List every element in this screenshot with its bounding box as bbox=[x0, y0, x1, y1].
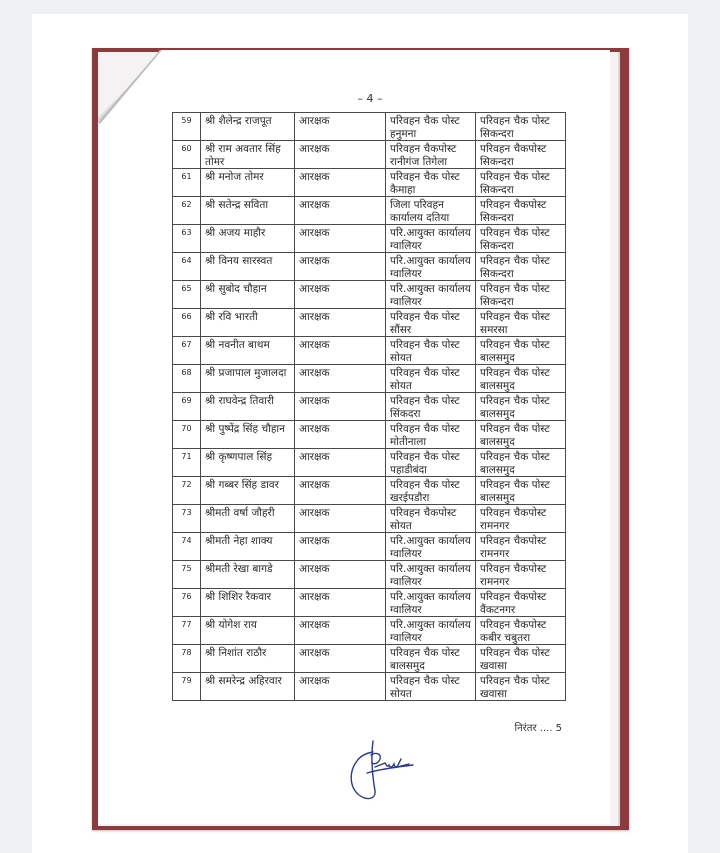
posted-to-cell: परिवहन चैकपोस्ट सिकन्दरा bbox=[476, 141, 566, 169]
posted-from-cell: परिवहन चैकपोस्ट रानीगंज तिगेला bbox=[386, 141, 476, 169]
serial-number-cell: 68 bbox=[173, 365, 201, 393]
posted-to-cell: परिवहन चैक पोस्ट खवासा bbox=[476, 673, 566, 701]
posted-from-cell: परिवहन चैक पोस्ट बालसमुद bbox=[386, 645, 476, 673]
posted-from-cell: परिवहन चैक पोस्ट मोतीनाला bbox=[386, 421, 476, 449]
page-number: – 4 – bbox=[340, 92, 400, 105]
posted-from-cell: परिवहन चैक पोस्ट कैमाहा bbox=[386, 169, 476, 197]
posted-from-cell: परिवहन चैकपोस्ट सोयत bbox=[386, 505, 476, 533]
rank-cell: आरक्षक bbox=[295, 253, 386, 281]
posted-to-cell: परिवहन चैकपोस्ट रामनगर bbox=[476, 561, 566, 589]
employee-name-cell: श्री निशांत राठौर bbox=[201, 645, 295, 673]
posted-to-cell: परिवहन चैक पोस्ट सिकन्दरा bbox=[476, 225, 566, 253]
serial-number-cell: 67 bbox=[173, 337, 201, 365]
serial-number-cell: 71 bbox=[173, 449, 201, 477]
table-row: 74श्रीमती नेहा शाक्यआरक्षकपरि.आयुक्त कार… bbox=[173, 533, 566, 561]
rank-cell: आरक्षक bbox=[295, 141, 386, 169]
serial-number-cell: 75 bbox=[173, 561, 201, 589]
rank-cell: आरक्षक bbox=[295, 673, 386, 701]
rank-cell: आरक्षक bbox=[295, 225, 386, 253]
posted-from-cell: परि.आयुक्त कार्यालय ग्वालियर bbox=[386, 533, 476, 561]
rank-cell: आरक्षक bbox=[295, 449, 386, 477]
serial-number-cell: 79 bbox=[173, 673, 201, 701]
table-row: 61श्री मनोज तोमरआरक्षकपरिवहन चैक पोस्ट क… bbox=[173, 169, 566, 197]
signature bbox=[345, 735, 425, 803]
table-row: 67श्री नवनीत बाथमआरक्षकपरिवहन चैक पोस्ट … bbox=[173, 337, 566, 365]
serial-number-cell: 76 bbox=[173, 589, 201, 617]
rank-cell: आरक्षक bbox=[295, 645, 386, 673]
serial-number-cell: 77 bbox=[173, 617, 201, 645]
posted-from-cell: परिवहन चैक पोस्ट सोयत bbox=[386, 673, 476, 701]
employee-name-cell: श्री मनोज तोमर bbox=[201, 169, 295, 197]
rank-cell: आरक्षक bbox=[295, 617, 386, 645]
table-row: 77श्री योगेश रायआरक्षकपरि.आयुक्त कार्याल… bbox=[173, 617, 566, 645]
table-row: 60श्री राम अवतार सिंह तोमरआरक्षकपरिवहन च… bbox=[173, 141, 566, 169]
table-row: 72श्री गब्बर सिंह डावरआरक्षकपरिवहन चैक प… bbox=[173, 477, 566, 505]
employee-name-cell: श्री योगेश राय bbox=[201, 617, 295, 645]
serial-number-cell: 62 bbox=[173, 197, 201, 225]
employee-name-cell: श्री शैलेन्द्र राजपूत bbox=[201, 113, 295, 141]
serial-number-cell: 69 bbox=[173, 393, 201, 421]
table-row: 66श्री रवि भारतीआरक्षकपरिवहन चैक पोस्ट स… bbox=[173, 309, 566, 337]
posted-from-cell: परि.आयुक्त कार्यालय ग्वालियर bbox=[386, 253, 476, 281]
serial-number-cell: 72 bbox=[173, 477, 201, 505]
posted-to-cell: परिवहन चैकपोस्ट वैंकटनगर bbox=[476, 589, 566, 617]
transfer-table: 59श्री शैलेन्द्र राजपूतआरक्षकपरिवहन चैक … bbox=[172, 112, 566, 701]
posted-to-cell: परिवहन चैकपोस्ट सिकन्दरा bbox=[476, 197, 566, 225]
posted-to-cell: परिवहन चैक पोस्ट सिकन्दरा bbox=[476, 253, 566, 281]
posted-to-cell: परिवहन चैक पोस्ट बालसमुद bbox=[476, 421, 566, 449]
posted-to-cell: परिवहन चैकपोस्ट कबीर चबुतरा bbox=[476, 617, 566, 645]
employee-name-cell: श्री राघवेन्द्र तिवारी bbox=[201, 393, 295, 421]
rank-cell: आरक्षक bbox=[295, 281, 386, 309]
employee-name-cell: श्री सतेन्द्र सविता bbox=[201, 197, 295, 225]
serial-number-cell: 73 bbox=[173, 505, 201, 533]
rank-cell: आरक्षक bbox=[295, 169, 386, 197]
employee-name-cell: श्री राम अवतार सिंह तोमर bbox=[201, 141, 295, 169]
posted-to-cell: परिवहन चैक पोस्ट सिकन्दरा bbox=[476, 169, 566, 197]
rank-cell: आरक्षक bbox=[295, 197, 386, 225]
posted-from-cell: परि.आयुक्त कार्यालय ग्वालियर bbox=[386, 225, 476, 253]
posted-from-cell: परिवहन चैक पोस्ट सौंसर bbox=[386, 309, 476, 337]
posted-from-cell: परिवहन चैक पोस्ट हनुमना bbox=[386, 113, 476, 141]
rank-cell: आरक्षक bbox=[295, 365, 386, 393]
employee-name-cell: श्री पुष्पेंद्र सिंह चौहान bbox=[201, 421, 295, 449]
rank-cell: आरक्षक bbox=[295, 505, 386, 533]
rank-cell: आरक्षक bbox=[295, 561, 386, 589]
continued-note: निरंतर .... 5 bbox=[500, 720, 562, 734]
rank-cell: आरक्षक bbox=[295, 533, 386, 561]
table-row: 62श्री सतेन्द्र सविताआरक्षकजिला परिवहन क… bbox=[173, 197, 566, 225]
posted-to-cell: परिवहन चैक पोस्ट सिकन्दरा bbox=[476, 113, 566, 141]
serial-number-cell: 61 bbox=[173, 169, 201, 197]
rank-cell: आरक्षक bbox=[295, 337, 386, 365]
posted-to-cell: परिवहन चैक पोस्ट खवासा bbox=[476, 645, 566, 673]
posted-from-cell: परिवहन चैक पोस्ट सोयत bbox=[386, 365, 476, 393]
table-row: 73श्रीमती वर्षा जौहरीआरक्षकपरिवहन चैकपोस… bbox=[173, 505, 566, 533]
rank-cell: आरक्षक bbox=[295, 113, 386, 141]
employee-name-cell: श्री समरेन्द्र अहिरवार bbox=[201, 673, 295, 701]
transfer-table-body: 59श्री शैलेन्द्र राजपूतआरक्षकपरिवहन चैक … bbox=[173, 113, 566, 701]
serial-number-cell: 74 bbox=[173, 533, 201, 561]
rank-cell: आरक्षक bbox=[295, 421, 386, 449]
table-row: 75श्रीमती रेखा बागडेआरक्षकपरि.आयुक्त कार… bbox=[173, 561, 566, 589]
employee-name-cell: श्री सुबोद चौहान bbox=[201, 281, 295, 309]
posted-from-cell: परि.आयुक्त कार्यालय ग्वालियर bbox=[386, 589, 476, 617]
posted-to-cell: परिवहन चैक पोस्ट बालसमुद bbox=[476, 477, 566, 505]
rank-cell: आरक्षक bbox=[295, 393, 386, 421]
serial-number-cell: 66 bbox=[173, 309, 201, 337]
table-row: 76श्री शिशिर रैकवारआरक्षकपरि.आयुक्त कार्… bbox=[173, 589, 566, 617]
posted-to-cell: परिवहन चैकपोस्ट रामनगर bbox=[476, 505, 566, 533]
serial-number-cell: 59 bbox=[173, 113, 201, 141]
posted-from-cell: परिवहन चैक पोस्ट पहाडीबंदा bbox=[386, 449, 476, 477]
table-row: 64श्री विनय सारस्वतआरक्षकपरि.आयुक्त कार्… bbox=[173, 253, 566, 281]
employee-name-cell: श्री प्रजापाल मुजालदा bbox=[201, 365, 295, 393]
posted-to-cell: परिवहन चैक पोस्ट सिकन्दरा bbox=[476, 281, 566, 309]
serial-number-cell: 65 bbox=[173, 281, 201, 309]
posted-from-cell: जिला परिवहन कार्यालय दतिया bbox=[386, 197, 476, 225]
table-row: 78श्री निशांत राठौरआरक्षकपरिवहन चैक पोस्… bbox=[173, 645, 566, 673]
posted-to-cell: परिवहन चैक पोस्ट बालसमुद bbox=[476, 337, 566, 365]
employee-name-cell: श्री गब्बर सिंह डावर bbox=[201, 477, 295, 505]
table-row: 65श्री सुबोद चौहानआरक्षकपरि.आयुक्त कार्य… bbox=[173, 281, 566, 309]
serial-number-cell: 70 bbox=[173, 421, 201, 449]
employee-name-cell: श्रीमती रेखा बागडे bbox=[201, 561, 295, 589]
employee-name-cell: श्रीमती वर्षा जौहरी bbox=[201, 505, 295, 533]
table-row: 70श्री पुष्पेंद्र सिंह चौहानआरक्षकपरिवहन… bbox=[173, 421, 566, 449]
table-row: 79श्री समरेन्द्र अहिरवारआरक्षकपरिवहन चैक… bbox=[173, 673, 566, 701]
table-row: 71श्री कृष्णपाल सिंहआरक्षकपरिवहन चैक पोस… bbox=[173, 449, 566, 477]
rank-cell: आरक्षक bbox=[295, 589, 386, 617]
posted-to-cell: परिवहन चैक पोस्ट समरसा bbox=[476, 309, 566, 337]
employee-name-cell: श्री शिशिर रैकवार bbox=[201, 589, 295, 617]
serial-number-cell: 63 bbox=[173, 225, 201, 253]
table-row: 63श्री अजय माहौरआरक्षकपरि.आयुक्त कार्याल… bbox=[173, 225, 566, 253]
rank-cell: आरक्षक bbox=[295, 477, 386, 505]
table-row: 68श्री प्रजापाल मुजालदाआरक्षकपरिवहन चैक … bbox=[173, 365, 566, 393]
rank-cell: आरक्षक bbox=[295, 309, 386, 337]
posted-to-cell: परिवहन चैकपोस्ट रामनगर bbox=[476, 533, 566, 561]
serial-number-cell: 64 bbox=[173, 253, 201, 281]
posted-to-cell: परिवहन चैक पोस्ट बालसमुद bbox=[476, 449, 566, 477]
posted-from-cell: परि.आयुक्त कार्यालय ग्वालियर bbox=[386, 281, 476, 309]
serial-number-cell: 60 bbox=[173, 141, 201, 169]
posted-to-cell: परिवहन चैक पोस्ट बालसमुद bbox=[476, 365, 566, 393]
posted-to-cell: परिवहन चैक पोस्ट बालसमुद bbox=[476, 393, 566, 421]
table-row: 69श्री राघवेन्द्र तिवारीआरक्षकपरिवहन चैक… bbox=[173, 393, 566, 421]
employee-name-cell: श्री विनय सारस्वत bbox=[201, 253, 295, 281]
table-row: 59श्री शैलेन्द्र राजपूतआरक्षकपरिवहन चैक … bbox=[173, 113, 566, 141]
posted-from-cell: परिवहन चैक पोस्ट सोयत bbox=[386, 337, 476, 365]
posted-from-cell: परि.आयुक्त कार्यालय ग्वालियर bbox=[386, 561, 476, 589]
serial-number-cell: 78 bbox=[173, 645, 201, 673]
employee-name-cell: श्री रवि भारती bbox=[201, 309, 295, 337]
employee-name-cell: श्री कृष्णपाल सिंह bbox=[201, 449, 295, 477]
employee-name-cell: श्री नवनीत बाथम bbox=[201, 337, 295, 365]
employee-name-cell: श्रीमती नेहा शाक्य bbox=[201, 533, 295, 561]
employee-name-cell: श्री अजय माहौर bbox=[201, 225, 295, 253]
posted-from-cell: परिवहन चैक पोस्ट खरईपडौरा bbox=[386, 477, 476, 505]
posted-from-cell: परि.आयुक्त कार्यालय ग्वालियर bbox=[386, 617, 476, 645]
posted-from-cell: परिवहन चैक पोस्ट सिंकदरा bbox=[386, 393, 476, 421]
